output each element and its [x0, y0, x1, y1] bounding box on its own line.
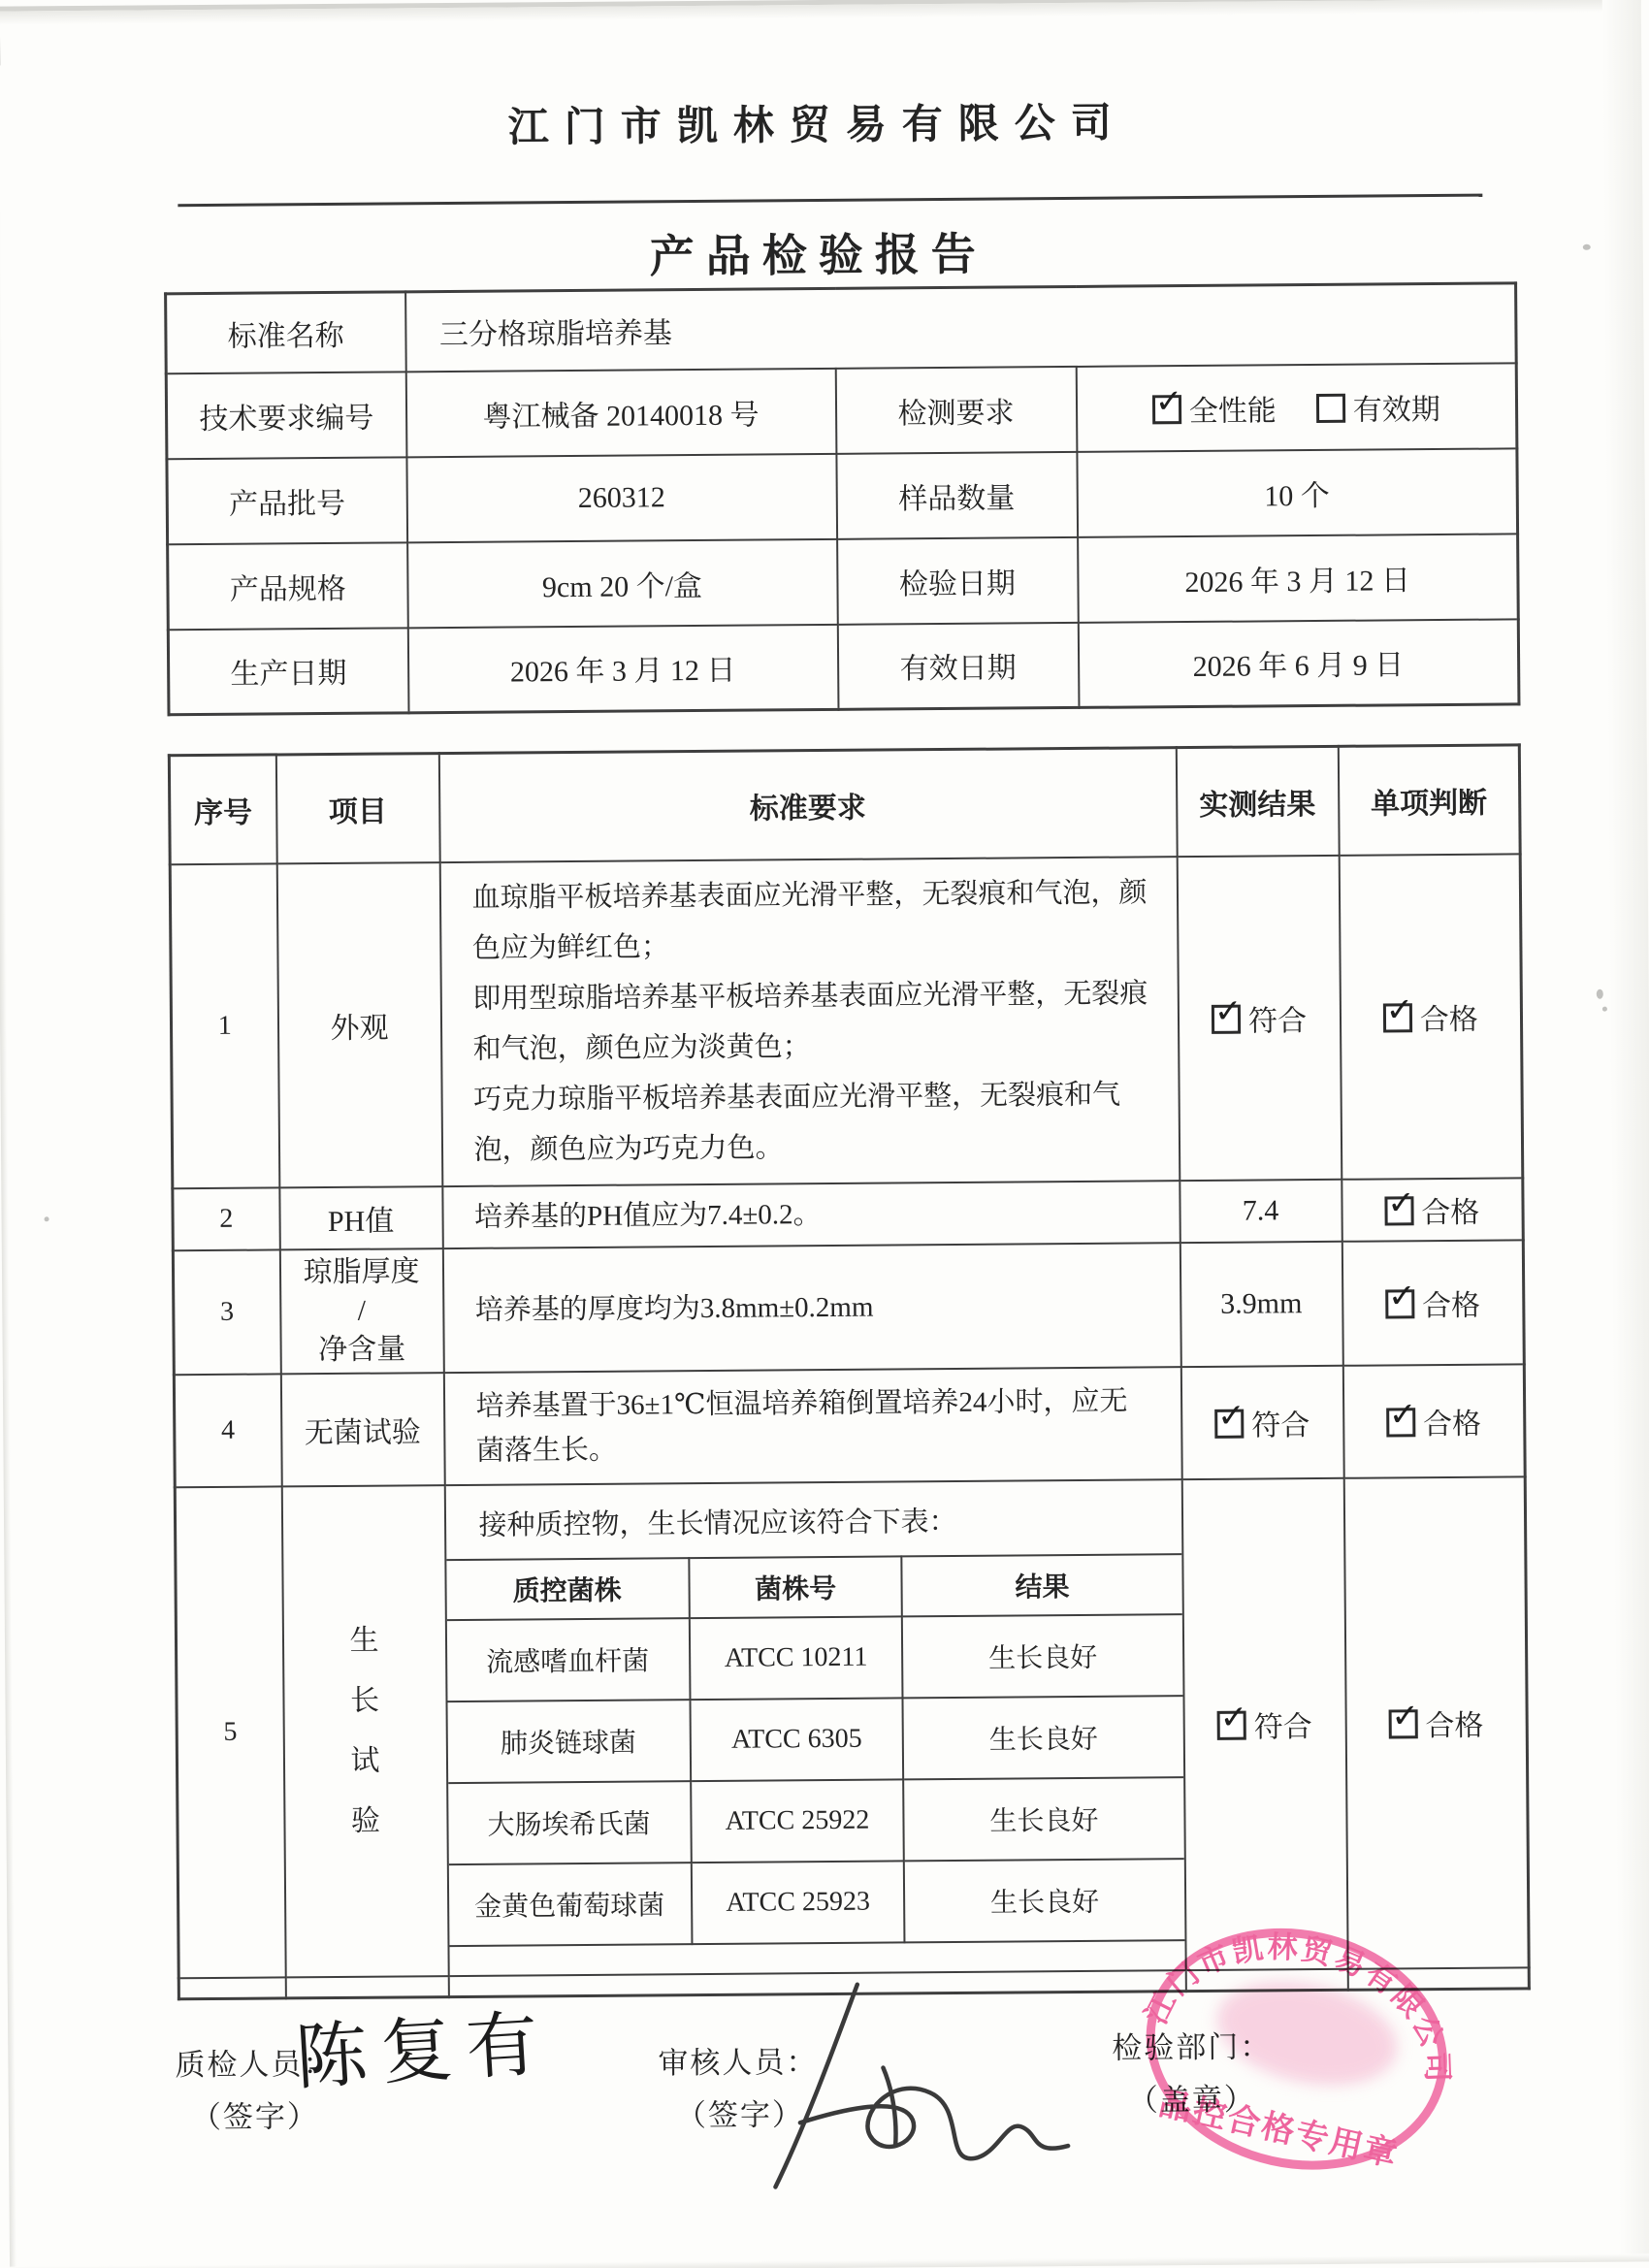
table-header-row: 序号 项目 标准要求 实测结果 单项判断 — [169, 745, 1520, 864]
row3-serial: 3 — [173, 1249, 280, 1375]
standard-name-value: 三分格琼脂培养基 — [405, 283, 1517, 372]
growth-col-result: 结果 — [902, 1554, 1182, 1616]
growth-col-strain: 质控菌株 — [446, 1558, 690, 1620]
inspection-result-table: 序号 项目 标准要求 实测结果 单项判断 1 外观 血琼脂平板培养基表面应光滑平… — [168, 743, 1531, 2000]
row5-judgement: 合格 — [1343, 1476, 1529, 1968]
checked-checkbox-icon — [1384, 1196, 1413, 1225]
checked-checkbox-icon — [1383, 1003, 1412, 1032]
result-text: 符合 — [1254, 1711, 1312, 1743]
strain-no: ATCC 6305 — [690, 1698, 903, 1781]
qc-handwritten-signature: 陈复有 — [292, 1986, 554, 2104]
scan-edge-bottom — [10, 2253, 1649, 2268]
report-title: 产品检验报告 — [0, 213, 1643, 290]
requirement-paragraph: 血琼脂平板培养基表面应光滑平整，无裂痕和气泡，颜色应为鲜红色； — [471, 867, 1151, 973]
strain-result: 生长良好 — [904, 1777, 1184, 1861]
row2-item: PH值 — [279, 1186, 442, 1249]
standard-name-label: 标准名称 — [166, 292, 406, 373]
table-row: 2 PH值 培养基的PH值应为7.4±0.2。 7.4 合格 — [173, 1178, 1523, 1250]
growth-header-row: 质控菌株 菌株号 结果 — [446, 1554, 1181, 1620]
requirement-paragraph: 即用型琼脂培养基平板培养基表面应光滑平整，无裂痕和气泡，颜色应为淡黄色； — [472, 968, 1152, 1074]
growth-row: 流感嗜血杆菌 ATCC 10211 生长良好 — [446, 1614, 1182, 1701]
growth-intro-text: 接种质控物，生长情况应该符合下表： — [445, 1480, 1181, 1559]
checked-checkbox-icon — [1388, 1709, 1417, 1738]
row1-standard: 血琼脂平板培养基表面应光滑平整，无裂痕和气泡，颜色应为鲜红色； 即用型琼脂培养基… — [439, 857, 1180, 1186]
row3-result: 3.9mm — [1180, 1241, 1342, 1366]
checked-checkbox-icon — [1152, 395, 1181, 424]
strain-name: 金黄色葡萄球菌 — [448, 1863, 692, 1946]
row5-serial: 5 — [175, 1486, 285, 1978]
strain-no: ATCC 10211 — [689, 1616, 902, 1700]
table-row: 4 无菌试验 培养基置于36±1℃恒温培养箱倒置培养24小时，应无菌落生长。 符… — [174, 1364, 1525, 1487]
checked-checkbox-icon — [1386, 1408, 1415, 1437]
row1-serial: 1 — [170, 863, 279, 1188]
table-row: 标准名称 三分格琼脂培养基 — [166, 283, 1517, 373]
scan-speck — [1597, 989, 1603, 999]
header-divider-line — [178, 194, 1482, 208]
checked-checkbox-icon — [1212, 1004, 1241, 1033]
row4-judgement: 合格 — [1342, 1364, 1525, 1477]
option-full-performance: 全性能 — [1189, 395, 1277, 428]
scan-speck — [45, 1216, 49, 1221]
row1-item: 外观 — [276, 862, 442, 1187]
table-row: 产品规格 9cm 20 个/盒 检验日期 2026 年 3 月 12 日 — [168, 534, 1519, 630]
col-header-result: 实测结果 — [1176, 746, 1339, 856]
detection-requirement-label: 检测要求 — [835, 366, 1077, 453]
judgement-text: 合格 — [1421, 1196, 1479, 1228]
col-header-judgement: 单项判断 — [1338, 745, 1520, 855]
table-row: 技术要求编号 粤江械备 20140018 号 检测要求 全性能 有效期 — [166, 363, 1517, 459]
company-stamp: 江门市凯林贸易有限公司 品控合格专用章 — [1124, 1904, 1468, 2200]
row2-standard: 培养基的PH值应为7.4±0.2。 — [442, 1181, 1180, 1248]
strain-name: 流感嗜血杆菌 — [446, 1618, 690, 1701]
scan-speck — [1602, 1007, 1607, 1012]
growth-control-table: 质控菌株 菌株号 结果 流感嗜血杆菌 ATCC 10211 生长良好 肺炎链球菌 — [446, 1553, 1184, 1947]
row1-judgement: 合格 — [1339, 854, 1523, 1179]
row5-item: 生长试验 — [281, 1485, 448, 1977]
row4-item: 无菌试验 — [280, 1373, 444, 1486]
row5-standard: 接种质控物，生长情况应该符合下表： 质控菌株 菌株号 结果 流感嗜血杆菌 A — [444, 1479, 1185, 1976]
judgement-text: 合格 — [1425, 1709, 1483, 1741]
inspection-date-label: 检验日期 — [837, 536, 1079, 624]
scan-edge-left — [0, 7, 16, 2268]
table-row: 生产日期 2026 年 3 月 12 日 有效日期 2026 年 6 月 9 日 — [168, 619, 1519, 715]
requirement-paragraph: 巧克力琼脂平板培养基表面应光滑平整，无裂痕和气泡，颜色应为巧克力色。 — [473, 1069, 1153, 1175]
row1-result: 符合 — [1177, 855, 1342, 1180]
col-header-item: 项目 — [275, 754, 439, 863]
row3-item: 琼脂厚度 / 净含量 — [279, 1248, 443, 1374]
detection-requirement-value: 全性能 有效期 — [1076, 363, 1517, 452]
result-text: 符合 — [1248, 1005, 1307, 1037]
reviewer-signature-scrawl — [766, 1973, 1098, 2219]
strain-name: 大肠埃希氏菌 — [448, 1781, 692, 1864]
row4-result: 符合 — [1180, 1365, 1343, 1478]
strain-no: ATCC 25922 — [691, 1779, 904, 1863]
judgement-text: 合格 — [1422, 1289, 1480, 1321]
tech-requirement-no-label: 技术要求编号 — [166, 372, 406, 459]
product-spec-label: 产品规格 — [168, 542, 408, 630]
growth-row: 金黄色葡萄球菌 ATCC 25923 生长良好 — [448, 1859, 1184, 1946]
table-row: 3 琼脂厚度 / 净含量 培养基的厚度均为3.8mm±0.2mm 3.9mm 合… — [173, 1240, 1524, 1375]
sample-qty-label: 样品数量 — [836, 451, 1078, 538]
production-date-value: 2026 年 3 月 12 日 — [407, 624, 838, 712]
judgement-text: 合格 — [1423, 1408, 1481, 1440]
item-line: 净含量 — [291, 1330, 433, 1370]
strain-result: 生长良好 — [902, 1614, 1182, 1698]
row4-standard: 培养基置于36±1℃恒温培养箱倒置培养24小时，应无菌落生长。 — [443, 1367, 1181, 1485]
checked-checkbox-icon — [1214, 1409, 1244, 1438]
col-header-serial: 序号 — [169, 755, 276, 864]
batch-no-value: 260312 — [406, 453, 837, 541]
strain-name: 肺炎链球菌 — [447, 1700, 691, 1783]
batch-no-label: 产品批号 — [167, 457, 407, 544]
tech-requirement-no-value: 粤江械备 20140018 号 — [405, 368, 836, 456]
row4-serial: 4 — [174, 1374, 281, 1487]
row2-judgement: 合格 — [1342, 1178, 1523, 1241]
production-date-label: 生产日期 — [168, 628, 408, 715]
expiry-date-value: 2026 年 6 月 9 日 — [1078, 619, 1519, 708]
checked-checkbox-icon — [1385, 1289, 1414, 1318]
growth-row: 肺炎链球菌 ATCC 6305 生长良好 — [447, 1696, 1183, 1783]
table-row: 产品批号 260312 样品数量 10 个 — [167, 448, 1518, 544]
growth-col-strain-no: 菌株号 — [689, 1556, 902, 1618]
result-text: 符合 — [1251, 1409, 1309, 1442]
growth-test-label: 生长试验 — [347, 1610, 382, 1851]
table-row: 5 生长试验 接种质控物，生长情况应该符合下表： 质控菌株 菌株号 结果 — [175, 1476, 1529, 1978]
row2-result: 7.4 — [1180, 1179, 1342, 1242]
row2-serial: 2 — [173, 1187, 279, 1250]
product-spec-value: 9cm 20 个/盒 — [407, 538, 838, 627]
scanned-report-sheet: 江门市凯林贸易有限公司 产品检验报告 标准名称 三分格琼脂培养基 技术要求编号 … — [0, 0, 1649, 2268]
checked-checkbox-icon — [1217, 1710, 1246, 1739]
row3-standard: 培养基的厚度均为3.8mm±0.2mm — [442, 1243, 1180, 1373]
growth-row: 大肠埃希氏菌 ATCC 25922 生长良好 — [448, 1777, 1184, 1864]
row5-result: 符合 — [1181, 1477, 1347, 1969]
expiry-date-label: 有效日期 — [837, 622, 1079, 709]
col-header-standard: 标准要求 — [438, 748, 1177, 862]
table-row: 1 外观 血琼脂平板培养基表面应光滑平整，无裂痕和气泡，颜色应为鲜红色； 即用型… — [170, 854, 1523, 1188]
strain-no: ATCC 25923 — [691, 1861, 904, 1944]
scan-edge-right — [1602, 0, 1649, 2262]
judgement-text: 合格 — [1420, 1003, 1478, 1035]
product-info-table: 标准名称 三分格琼脂培养基 技术要求编号 粤江械备 20140018 号 检测要… — [164, 281, 1520, 716]
inspection-date-value: 2026 年 3 月 12 日 — [1078, 534, 1519, 623]
unchecked-checkbox-icon — [1316, 393, 1345, 422]
sample-qty-value: 10 个 — [1077, 448, 1518, 537]
option-validity-period: 有效期 — [1353, 393, 1440, 426]
item-line: 琼脂厚度 — [290, 1252, 432, 1292]
empty-cell — [178, 1977, 285, 1999]
item-line: / — [291, 1291, 433, 1331]
strain-result: 生长良好 — [903, 1696, 1183, 1779]
company-name-title: 江门市凯林贸易有限公司 — [0, 86, 1642, 157]
row3-judgement: 合格 — [1342, 1240, 1524, 1365]
